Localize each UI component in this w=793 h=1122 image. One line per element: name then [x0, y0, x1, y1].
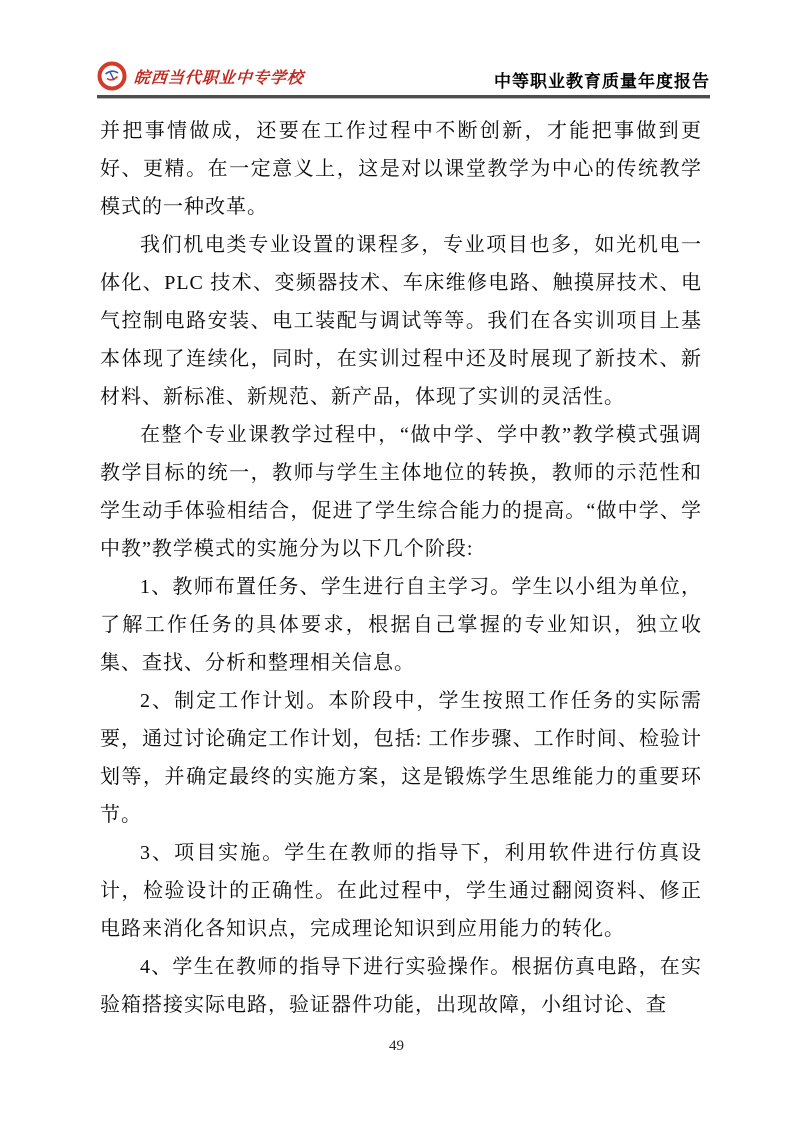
paragraph: 4、学生在教师的指导下进行实验操作。根据仿真电路，在实验箱搭接实际电路，验证器件… — [100, 948, 702, 1024]
paragraph: 并把事情做成，还要在工作过程中不断创新，才能把事做到更好、更精。在一定意义上，这… — [100, 112, 702, 226]
page-header: 皖西当代职业中专学校 中等职业教育质量年度报告 — [97, 58, 710, 94]
paragraph: 我们机电类专业设置的课程多，专业项目也多，如光机电一体化、PLC 技术、变频器技… — [100, 226, 702, 416]
school-logo: 皖西当代职业中专学校 — [97, 61, 304, 91]
paragraph: 1、教师布置任务、学生进行自主学习。学生以小组为单位，了解工作任务的具体要求，根… — [100, 568, 702, 682]
page-footer: 49 — [0, 1038, 793, 1055]
paragraph: 在整个专业课教学过程中，“做中学、学中教”教学模式强调教学目标的统一，教师与学生… — [100, 416, 702, 568]
school-name: 皖西当代职业中专学校 — [133, 65, 305, 88]
document-page: 皖西当代职业中专学校 中等职业教育质量年度报告 并把事情做成，还要在工作过程中不… — [0, 0, 793, 1122]
report-title: 中等职业教育质量年度报告 — [494, 67, 710, 94]
school-seal-icon — [97, 61, 127, 91]
document-body: 并把事情做成，还要在工作过程中不断创新，才能把事做到更好、更精。在一定意义上，这… — [100, 112, 702, 1024]
header-rule — [97, 95, 710, 99]
paragraph: 3、项目实施。学生在教师的指导下，利用软件进行仿真设计，检验设计的正确性。在此过… — [100, 834, 702, 948]
paragraph: 2、制定工作计划。本阶段中，学生按照工作任务的实际需要，通过讨论确定工作计划，包… — [100, 682, 702, 834]
page-number: 49 — [389, 1038, 404, 1054]
